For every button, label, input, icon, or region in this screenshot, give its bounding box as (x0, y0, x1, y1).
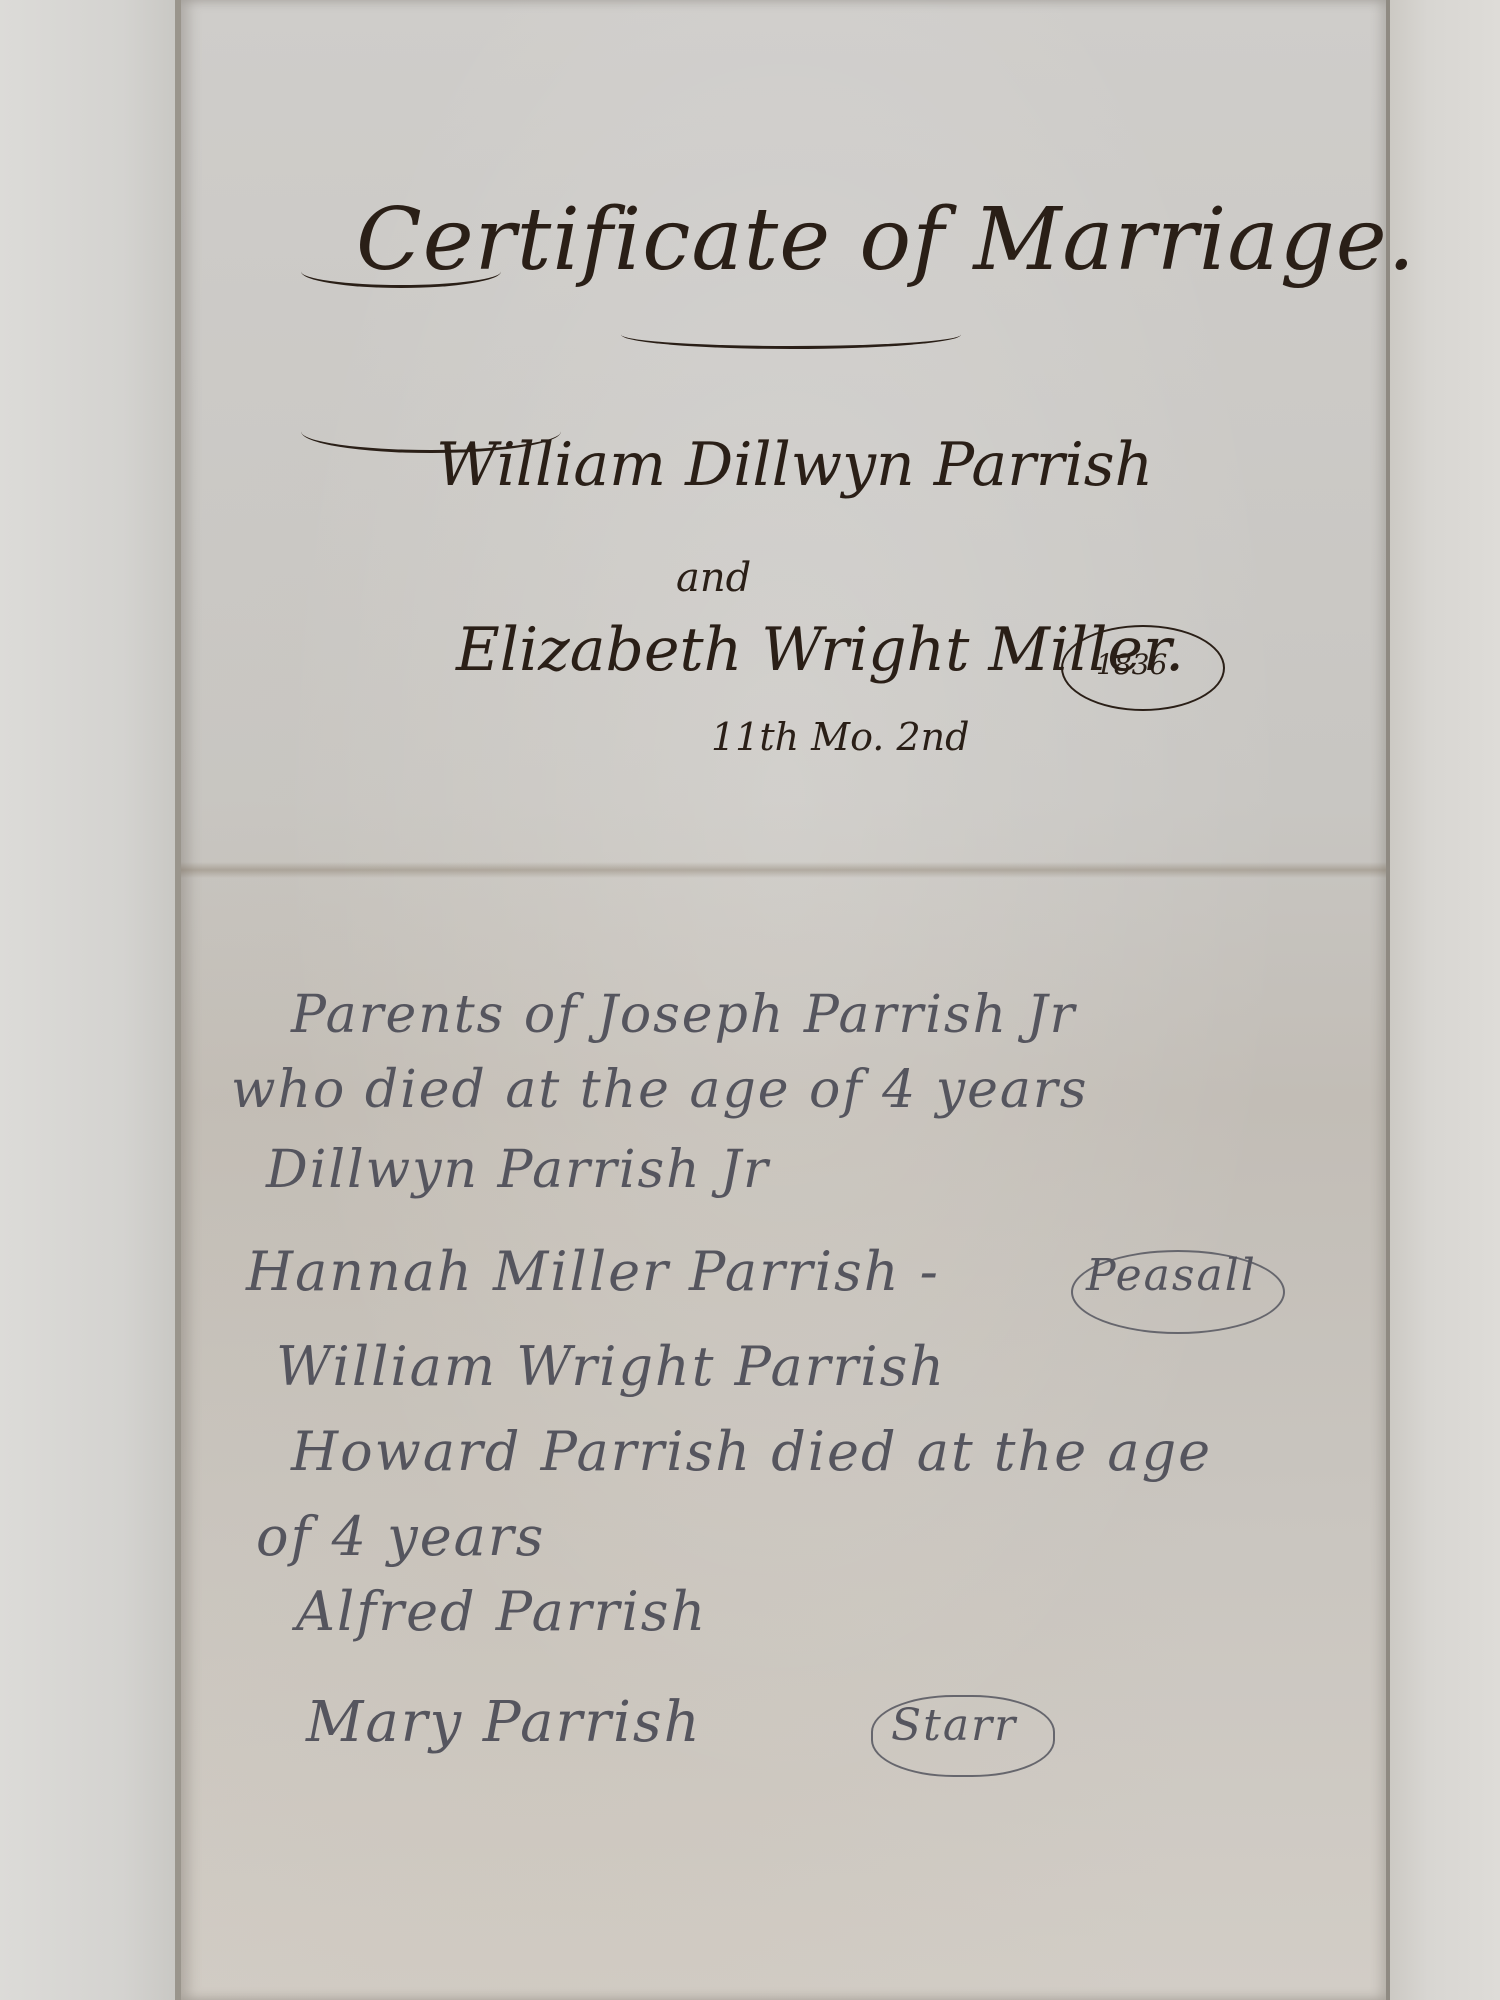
pencil-note-line: William Wright Parrish (276, 1335, 946, 1398)
fold-crease (181, 862, 1386, 878)
pencil-note-line: Hannah Miller Parrish - (246, 1240, 940, 1303)
married-name-annotation: Peasall (1086, 1250, 1257, 1301)
adjacent-page-right (1380, 0, 1500, 2000)
title-swash-left (301, 255, 501, 288)
married-name-annotation: Starr (891, 1700, 1017, 1751)
marriage-date: 11th Mo. 2nd (711, 715, 969, 759)
pencil-note-line: Dillwyn Parrish Jr (266, 1140, 770, 1200)
pencil-note-line: Howard Parrish died at the age (291, 1420, 1212, 1483)
title-underline-swash (621, 320, 961, 349)
conjunction-and: and (676, 555, 751, 601)
pencil-note-line: Mary Parrish (306, 1690, 702, 1755)
pencil-note-line: of 4 years (256, 1505, 545, 1568)
groom-name: William Dillwyn Parrish (436, 430, 1153, 500)
certificate-sheet: Certificate of Marriage. William Dillwyn… (175, 0, 1390, 2000)
year-annotation: 1836 (1096, 648, 1167, 681)
adjacent-page-left (0, 0, 175, 2000)
certificate-title: Certificate of Marriage. (356, 190, 1416, 290)
pencil-note-line: who died at the age of 4 years (231, 1060, 1088, 1120)
pencil-note-line: Alfred Parrish (296, 1580, 707, 1643)
pencil-note-line: Parents of Joseph Parrish Jr (291, 985, 1076, 1045)
